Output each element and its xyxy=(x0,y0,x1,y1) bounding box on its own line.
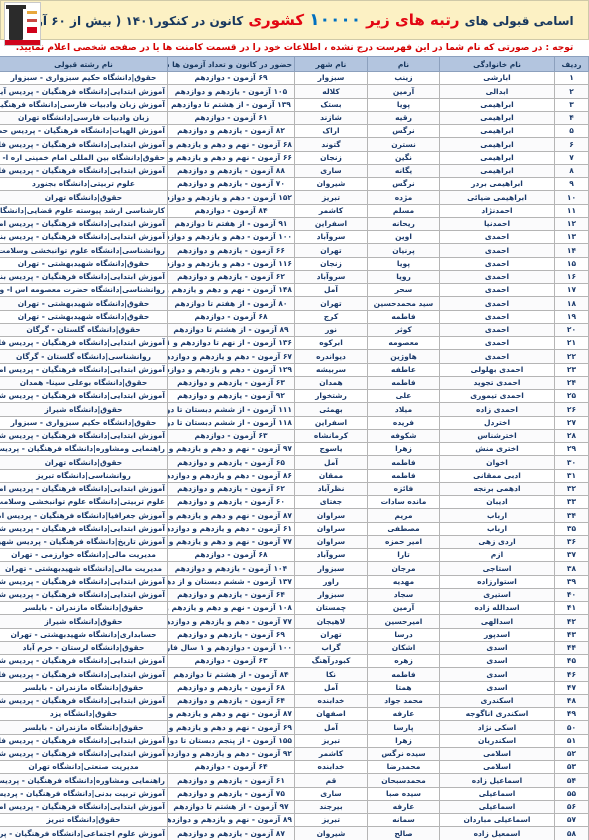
table-row: ۵۵اسماعیلیسیده صباساری۷۵ آزمون - یازدهم … xyxy=(0,787,589,800)
exams-attendance: ۹۷ آزمون - از هشتم تا دوازدهم xyxy=(168,800,295,813)
accepted-field: آموزش ابتدایی|دانشگاه فرهنگیان - پردیس ش… xyxy=(0,575,168,588)
family-name: اختری منش xyxy=(440,443,555,456)
accepted-field: حقوق|دانشگاه شیراز xyxy=(0,615,168,628)
exams-attendance: ۸۹ آزمون - از هشتم تا دوازدهم xyxy=(168,323,295,336)
city: تبریز xyxy=(295,191,368,204)
table-row: ۲۳احمدی بهلولیعاطفهسربیشه۱۲۹ آزمون - دهم… xyxy=(0,363,589,376)
row-number: ۱ xyxy=(555,72,589,85)
table-row: ۴۳اسدپوردرساتهران۶۹ آزمون - یازدهم و دوا… xyxy=(0,628,589,641)
first-name: محمد جواد xyxy=(368,694,440,707)
family-name: اسدی xyxy=(440,655,555,668)
city: همدان xyxy=(295,376,368,389)
table-row: ۱۰ابراهیمی ضیائیمژدهتبریز۱۵۲ آزمون - دهم… xyxy=(0,191,589,204)
family-name: ارباب xyxy=(440,522,555,535)
table-row: ۱۳احمدیاوینسروآباد۱۰۰ آزمون - دهم و یازد… xyxy=(0,231,589,244)
row-number: ۱۹ xyxy=(555,310,589,323)
family-name: احمدی زاده xyxy=(440,403,555,416)
first-name: سیده نرگس xyxy=(368,747,440,760)
first-name: ریحانه xyxy=(368,217,440,230)
exams-attendance: ۶۳ آزمون - دوازدهم xyxy=(168,655,295,668)
table-row: ۳۷ازمتاراسروآباد۶۸ آزمون - دوازدهممدیریت… xyxy=(0,549,589,562)
first-name: فاطمه xyxy=(368,469,440,482)
exams-attendance: ۶۹ آزمون - نهم و دهم و یازدهم و دوازدهم xyxy=(168,721,295,734)
city: سروآباد xyxy=(295,231,368,244)
row-number: ۳ xyxy=(555,98,589,111)
accepted-field: حقوق|دانشگاه شهیدبهشتی - تهران xyxy=(0,310,168,323)
first-name: مسلم xyxy=(368,204,440,217)
row-number: ۳۵ xyxy=(555,522,589,535)
row-number: ۵ xyxy=(555,125,589,138)
row-number: ۱۰ xyxy=(555,191,589,204)
first-name: زینب xyxy=(368,72,440,85)
first-name: میلاد xyxy=(368,403,440,416)
accepted-field: آموزش ابتدایی|دانشگاه فرهنگیان - پردیس ا… xyxy=(0,800,168,813)
accepted-field: حقوق|دانشگاه شهیدبهشتی - تهران xyxy=(0,257,168,270)
family-name: ابراهیمی ضیائی xyxy=(440,191,555,204)
first-name: هاوژین xyxy=(368,350,440,363)
first-name: امیرحسین xyxy=(368,615,440,628)
row-number: ۲۶ xyxy=(555,403,589,416)
exams-attendance: ۱۳۷ آزمون - ششم دبستان و از دهم تا دوازد… xyxy=(168,575,295,588)
table-row: ۱۹احمدیفاطمهکرج۶۸ آزمون - دوازدهمحقوق|دا… xyxy=(0,310,589,323)
family-name: اسکندری xyxy=(440,694,555,707)
family-name: ادیبان xyxy=(440,496,555,509)
row-number: ۱۲ xyxy=(555,217,589,230)
family-name: ابراهیمی بردر xyxy=(440,178,555,191)
table-row: ۳۶اردی زهیامیر حمزهسراوان۷۷ آزمون - نهم … xyxy=(0,535,589,548)
city: شیروان xyxy=(295,178,368,191)
city: آمل xyxy=(295,284,368,297)
logo-mark xyxy=(27,11,37,14)
family-name: اسدالهی xyxy=(440,615,555,628)
exams-attendance: ۶۱ آزمون - دهم و یازدهم و دوازدهم xyxy=(168,522,295,535)
table-row: ۳۲ادهمی برنجهفائزهنظرآباد۶۲ آزمون - یازد… xyxy=(0,482,589,495)
accepted-field: آموزش ابتدایی|دانشگاه فرهنگیان - پردیس آ… xyxy=(0,85,168,98)
row-number: ۵۷ xyxy=(555,814,589,827)
exams-attendance: ۶۸ آزمون - نهم و دهم و یازدهم و دوازدهم xyxy=(168,138,295,151)
column-header-family-name: نام خانوادگی xyxy=(440,57,555,72)
accepted-field: حقوق|دانشگاه یزد xyxy=(0,708,168,721)
family-name: اسماعیلی xyxy=(440,800,555,813)
row-number: ۲۰ xyxy=(555,323,589,336)
table-row: ۴۷اسدیهمتاآمل۶۸ آزمون - یازدهم و دوازدهم… xyxy=(0,681,589,694)
first-name: آرمین xyxy=(368,602,440,615)
table-row: ۹ابراهیمی بردرنرگسشیروان۷۰ آزمون - یازده… xyxy=(0,178,589,191)
first-name: عارفه xyxy=(368,708,440,721)
exams-attendance: ۸۷ آزمون - نهم و دهم و یازدهم و دوازدهم xyxy=(168,509,295,522)
city: آمل xyxy=(295,456,368,469)
first-name: مژده xyxy=(368,191,440,204)
table-row: ۴ابراهیمیرقیهشازند۶۱ آزمون - دوازدهمزبان… xyxy=(0,111,589,124)
city: گتوند xyxy=(295,138,368,151)
row-number: ۳۸ xyxy=(555,562,589,575)
row-number: ۱۸ xyxy=(555,297,589,310)
family-name: استیری xyxy=(440,588,555,601)
table-row: ۴۴اسدیاشکانگراب۱۰۰ آزمون - دوازدهم و ۱ س… xyxy=(0,641,589,654)
table-row: ۵۷اسماعیلی مباردانسمانهتبریز۸۹ آزمون - ن… xyxy=(0,814,589,827)
city: بیرجند xyxy=(295,800,368,813)
row-number: ۳۹ xyxy=(555,575,589,588)
first-name: نگین xyxy=(368,151,440,164)
exams-attendance: ۸۸ آزمون - یازدهم و دوازدهم xyxy=(168,164,295,177)
first-name: همتا xyxy=(368,681,440,694)
table-row: ۲۶احمدی زادهمیلادبهمئی۱۱۱ آزمون - از ششم… xyxy=(0,403,589,416)
accepted-field: روانشناسی|دانشگاه گلستان - گرگان xyxy=(0,350,168,363)
first-name: نسترن xyxy=(368,138,440,151)
exams-attendance: ۱۰۴ آزمون - یازدهم و دوازدهم xyxy=(168,562,295,575)
exams-attendance: ۶۲ آزمون - یازدهم و دوازدهم xyxy=(168,270,295,283)
family-name: ابراهیمی xyxy=(440,125,555,138)
accepted-field: حقوق|دانشگاه تهران xyxy=(0,456,168,469)
exams-attendance: ۹۲ آزمون - یازدهم و دوازدهم xyxy=(168,390,295,403)
table-row: ۲۹اختری منشزهرایاسوج۹۷ آزمون - نهم و دهم… xyxy=(0,443,589,456)
row-number: ۲۲ xyxy=(555,350,589,363)
table-row: ۶ابراهیمینسترنگتوند۶۸ آزمون - نهم و دهم … xyxy=(0,138,589,151)
accepted-field: آموزش ابتدایی|دانشگاه فرهنگیان - پردیس ف… xyxy=(0,337,168,350)
city: شازند xyxy=(295,111,368,124)
row-number: ۴۱ xyxy=(555,602,589,615)
family-name: ادهمی برنجه xyxy=(440,482,555,495)
first-name: پویا xyxy=(368,98,440,111)
family-name: ابدالی xyxy=(440,85,555,98)
first-name: رقیه xyxy=(368,111,440,124)
exams-attendance: ۹۱ آزمون - از هفتم تا دوازدهم xyxy=(168,217,295,230)
accepted-field: روانشناسی|دانشگاه حضرت معصومه اس ا- ویژه… xyxy=(0,284,168,297)
accepted-field: روانشناسی|دانشگاه تبریز xyxy=(0,469,168,482)
accepted-field: آموزش ابتدایی|دانشگاه فرهنگیان - پردیس ش… xyxy=(0,747,168,760)
first-name: محمدرضا xyxy=(368,761,440,774)
first-name: مریم xyxy=(368,509,440,522)
results-table-body: ۱ابارشیزینبسبزوار۶۹ آزمون - دوازدهمحقوق|… xyxy=(0,72,589,840)
first-name: علی xyxy=(368,390,440,403)
exams-attendance: ۶۷ آزمون - دهم و یازدهم و دوازدهم xyxy=(168,350,295,363)
family-name: اسکندری اناگوجه xyxy=(440,708,555,721)
family-name: اخوان xyxy=(440,456,555,469)
column-header-city: نام شهر xyxy=(295,57,368,72)
first-name: آرمین xyxy=(368,85,440,98)
first-name: مانده سادات xyxy=(368,496,440,509)
first-name: معصومه xyxy=(368,337,440,350)
first-name: پارسا xyxy=(368,721,440,734)
exams-attendance: ۱۰۰ آزمون - دهم و یازدهم و دوازدهم xyxy=(168,231,295,244)
row-number: ۱۵ xyxy=(555,257,589,270)
accepted-field: علوم تربیتی|دانشگاه بجنورد xyxy=(0,178,168,191)
city: تبریز xyxy=(295,814,368,827)
family-name: احمدی xyxy=(440,310,555,323)
table-row: ۵۸اسمعیل زادهصالحشیروان۸۷ آزمون - یازدهم… xyxy=(0,827,589,840)
family-name: اخترشناس xyxy=(440,429,555,442)
column-header-row-number: ردیف xyxy=(555,57,589,72)
row-number: ۳۷ xyxy=(555,549,589,562)
family-name: احمدی تجوید xyxy=(440,376,555,389)
family-name: اسماعیل زاده xyxy=(440,774,555,787)
first-name: زهرا xyxy=(368,443,440,456)
row-number: ۳۱ xyxy=(555,469,589,482)
city: ابرکوه xyxy=(295,337,368,350)
city: ساری xyxy=(295,787,368,800)
row-number: ۵۸ xyxy=(555,827,589,840)
row-number: ۴۳ xyxy=(555,628,589,641)
exams-attendance: ۱۵۵ آزمون - از پنجم دبستان تا دوازدهم xyxy=(168,734,295,747)
first-name: پویا xyxy=(368,257,440,270)
city: اسفراین xyxy=(295,416,368,429)
family-name: اسکی نژاد xyxy=(440,721,555,734)
accepted-field: حقوق|دانشگاه تهران xyxy=(0,191,168,204)
row-number: ۵۶ xyxy=(555,800,589,813)
city: دیواندره xyxy=(295,350,368,363)
family-name: اسلامی xyxy=(440,761,555,774)
first-name: اوین xyxy=(368,231,440,244)
table-row: ۳۵اربابمصطفیسراوان۶۱ آزمون - دهم و یازده… xyxy=(0,522,589,535)
accepted-field: آموزش جغرافیا|دانشگاه فرهنگیان - پردیس ا… xyxy=(0,509,168,522)
exams-attendance: ۶۴ آزمون - یازدهم و دوازدهم xyxy=(168,588,295,601)
row-number: ۳۰ xyxy=(555,456,589,469)
first-name: زهرا xyxy=(368,734,440,747)
row-number: ۱۷ xyxy=(555,284,589,297)
exams-attendance: ۷۰ آزمون - یازدهم و دوازدهم xyxy=(168,178,295,191)
first-name: اشکان xyxy=(368,641,440,654)
first-name: تارا xyxy=(368,549,440,562)
exams-attendance: ۶۰ آزمون - یازدهم و دوازدهم xyxy=(168,496,295,509)
city: سراوان xyxy=(295,535,368,548)
exams-attendance: ۸۲ آزمون - یازدهم و دوازدهم xyxy=(168,125,295,138)
table-row: ۴۱اسدالله زادهآرمینچمستان۱۰۸ آزمون - نهم… xyxy=(0,602,589,615)
family-name: اسمعیل زاده xyxy=(440,827,555,840)
first-name: سمانه xyxy=(368,814,440,827)
table-row: ۳۳ادیبانمانده ساداتجغتای۶۰ آزمون - یازده… xyxy=(0,496,589,509)
table-row: ۴۰استیریسجادسبزوار۶۴ آزمون - یازدهم و دو… xyxy=(0,588,589,601)
first-name: فاطمه xyxy=(368,310,440,323)
city: نظرآباد xyxy=(295,482,368,495)
accepted-field: آموزش تربیت بدنی|دانشگاه فرهنگیان - پردی… xyxy=(0,787,168,800)
first-name: فاطمه xyxy=(368,456,440,469)
city: رشتخوار xyxy=(295,390,368,403)
accepted-field: حقوق|دانشگاه مازندران - بابلسر xyxy=(0,602,168,615)
row-number: ۷ xyxy=(555,151,589,164)
city: کرمانشاه xyxy=(295,429,368,442)
row-number: ۱۱ xyxy=(555,204,589,217)
city: یاسوج xyxy=(295,443,368,456)
city: ساری xyxy=(295,164,368,177)
family-name: اسدی xyxy=(440,641,555,654)
exams-attendance: ۶۸ آزمون - یازدهم و دوازدهم xyxy=(168,681,295,694)
row-number: ۵۵ xyxy=(555,787,589,800)
city: سربیشه xyxy=(295,363,368,376)
row-number: ۴ xyxy=(555,111,589,124)
exams-attendance: ۶۱ آزمون - یازدهم و دوازدهم xyxy=(168,774,295,787)
city: کبودرآهنگ xyxy=(295,655,368,668)
city: آمل xyxy=(295,721,368,734)
row-number: ۳۳ xyxy=(555,496,589,509)
exams-attendance: ۱۱۸ آزمون - از ششم دبستان تا دوازدهم xyxy=(168,416,295,429)
exams-attendance: ۱۰۵ آزمون - یازدهم و دوازدهم xyxy=(168,85,295,98)
family-name: احمدی بهلولی xyxy=(440,363,555,376)
city: زنجان xyxy=(295,257,368,270)
exams-attendance: ۸۴ آزمون - از هشتم تا دوازدهم xyxy=(168,668,295,681)
column-header-first-name: نام xyxy=(368,57,440,72)
title-banner: اسامی قبولی های رتبه های زیر ۱۰۰۰۰ کشوری… xyxy=(0,0,589,40)
exams-attendance: ۱۵۲ آزمون - دهم و یازدهم و دوازدهم xyxy=(168,191,295,204)
first-name: سیده صبا xyxy=(368,787,440,800)
first-name: عارفه xyxy=(368,800,440,813)
family-name: احمدی xyxy=(440,297,555,310)
family-name: اسکندریان xyxy=(440,734,555,747)
family-name: اسلامی xyxy=(440,747,555,760)
logo-mark xyxy=(27,27,37,33)
first-name: کوثر xyxy=(368,323,440,336)
first-name: عاطفه xyxy=(368,363,440,376)
accepted-field: زبان وادبیات فارسی|دانشگاه تهران xyxy=(0,111,168,124)
table-row: ۵۰اسکی نژادپارساآمل۶۹ آزمون - نهم و دهم … xyxy=(0,721,589,734)
column-header-exams-attendance: حضور در کانون و تعداد آزمون ها در مجموع … xyxy=(168,57,295,72)
logo-mark xyxy=(27,19,37,22)
city: سروآباد xyxy=(295,270,368,283)
first-name: مصطفی xyxy=(368,522,440,535)
family-name: احمدی xyxy=(440,350,555,363)
family-name: اسدی xyxy=(440,681,555,694)
table-row: ۲۴احمدی تجویدفاطمههمدان۶۳ آزمون - یازدهم… xyxy=(0,376,589,389)
first-name: رویا xyxy=(368,270,440,283)
city: خدابنده xyxy=(295,761,368,774)
family-name: ابراهیمی xyxy=(440,138,555,151)
family-name: احمدی تیموری xyxy=(440,390,555,403)
row-number: ۲ xyxy=(555,85,589,98)
city: شیروان xyxy=(295,827,368,840)
table-row: ۱۱احمدنژادمسلمکاشمر۸۴ آزمون - دوازدهمکار… xyxy=(0,204,589,217)
first-name: سحر xyxy=(368,284,440,297)
accepted-field: حقوق|دانشگاه شهیدبهشتی - تهران xyxy=(0,297,168,310)
exams-attendance: ۶۴ آزمون - یازدهم و دوازدهم xyxy=(168,694,295,707)
accepted-field: حقوق|دانشگاه مازندران - بابلسر xyxy=(0,681,168,694)
exams-attendance: ۸۷ آزمون - یازدهم و دوازدهم xyxy=(168,827,295,840)
exams-attendance: ۸۹ آزمون - نهم و یازدهم و دوازدهم xyxy=(168,814,295,827)
city: گراب xyxy=(295,641,368,654)
exams-attendance: ۶۴ آزمون - دوازدهم xyxy=(168,761,295,774)
table-row: ۲۲احمدیهاوژیندیواندره۶۷ آزمون - دهم و یا… xyxy=(0,350,589,363)
row-number: ۴۵ xyxy=(555,655,589,668)
row-number: ۲۳ xyxy=(555,363,589,376)
table-row: ۱۷احمدیسحرآمل۱۴۸ آزمون - نهم و دهم و یاز… xyxy=(0,284,589,297)
city: تهران xyxy=(295,628,368,641)
row-number: ۳۴ xyxy=(555,509,589,522)
kanoon-logo xyxy=(4,2,41,46)
exams-attendance: ۶۳ آزمون - دوازدهم xyxy=(168,429,295,442)
table-row: ۲۱احمدیمعصومهابرکوه۱۳۶ آزمون - از نهم تا… xyxy=(0,337,589,350)
exams-attendance: ۱۰۸ آزمون - نهم و دهم و یازدهم و دوازدهم xyxy=(168,602,295,615)
exams-attendance: ۶۹ آزمون - یازدهم و دوازدهم xyxy=(168,628,295,641)
table-row: ۴۶اسدیفاطمهنکا۸۴ آزمون - از هشتم تا دواز… xyxy=(0,668,589,681)
city: کاشمر xyxy=(295,747,368,760)
accepted-field: حقوق|دانشگاه گلستان - گرگان xyxy=(0,323,168,336)
exams-attendance: ۶۸ آزمون - دوازدهم xyxy=(168,310,295,323)
family-name: اسدالله زاده xyxy=(440,602,555,615)
accepted-field: آموزش ابتدایی|دانشگاه فرهنگیان - پردیس ش… xyxy=(0,694,168,707)
table-row: ۲۷اختردلفریدهاسفراین۱۱۸ آزمون - از ششم د… xyxy=(0,416,589,429)
exams-attendance: ۷۷ آزمون - دهم و یازدهم و دوازدهم xyxy=(168,615,295,628)
table-row: ۵۲اسلامیسیده نرگسکاشمر۹۲ آزمون - دهم و ی… xyxy=(0,747,589,760)
title-segment: اسامی قبولی های xyxy=(465,14,574,28)
family-name: اسدی xyxy=(440,668,555,681)
city: سبزوار xyxy=(295,588,368,601)
first-name: صالح xyxy=(368,827,440,840)
first-name: فریده xyxy=(368,416,440,429)
exams-attendance: ۹۲ آزمون - دهم و یازدهم و دوازدهم xyxy=(168,747,295,760)
table-row: ۵۳اسلامیمحمدرضاخدابنده۶۴ آزمون - دوازدهم… xyxy=(0,761,589,774)
accepted-field: آموزش ابتدایی|دانشگاه فرهنگیان - پردیس ا… xyxy=(0,482,168,495)
first-name: شکوفه xyxy=(368,429,440,442)
row-number: ۳۶ xyxy=(555,535,589,548)
accepted-field: حقوق|دانشگاه بین المللی امام خمینی اره ا… xyxy=(0,151,168,164)
table-row: ۲۸اخترشناسشکوفهکرمانشاه۶۳ آزمون - دوازده… xyxy=(0,429,589,442)
first-name: نرگس xyxy=(368,125,440,138)
family-name: احمدی xyxy=(440,231,555,244)
row-number: ۲۷ xyxy=(555,416,589,429)
first-name: مهدیه xyxy=(368,575,440,588)
city: ممقان xyxy=(295,469,368,482)
table-row: ۳۰اخوانفاطمهآمل۶۵ آزمون - یازدهم و دوازد… xyxy=(0,456,589,469)
notice-text: توجه : در صورتی که نام شما در این فهرست … xyxy=(16,43,573,53)
city: سبزوار xyxy=(295,562,368,575)
family-name: ابراهیمی xyxy=(440,98,555,111)
row-number: ۵۴ xyxy=(555,774,589,787)
exams-attendance: ۶۹ آزمون - دوازدهم xyxy=(168,72,295,85)
table-row: ۱۲احمدنیاریحانهاسفراین۹۱ آزمون - از هفتم… xyxy=(0,217,589,230)
table-row: ۳۱ادبی ممقانیفاطمهممقان۸۶ آزمون - دهم و … xyxy=(0,469,589,482)
table-row: ۱۴احمدیپرنیانتهران۶۶ آزمون - یازدهم و دو… xyxy=(0,244,589,257)
first-name: فاطمه xyxy=(368,668,440,681)
logo-figure xyxy=(9,6,23,40)
city: تهران xyxy=(295,244,368,257)
accepted-field: مدیریت مالی|دانشگاه خوارزمی - تهران xyxy=(0,549,168,562)
family-name: ابراهیمی xyxy=(440,164,555,177)
accepted-field: آموزش ابتدایی|دانشگاه فرهنگیان - پردیس ش… xyxy=(0,390,168,403)
family-name: اردی زهی xyxy=(440,535,555,548)
exams-attendance: ۱۳۹ آزمون - از هشتم تا دوازدهم xyxy=(168,98,295,111)
city: جغتای xyxy=(295,496,368,509)
table-row: ۵۱اسکندریانزهراتبریز۱۵۵ آزمون - از پنجم … xyxy=(0,734,589,747)
first-name: مرجان xyxy=(368,562,440,575)
table-row: ۱۵احمدیپویازنجان۱۱۶ آزمون - دهم و یازدهم… xyxy=(0,257,589,270)
accepted-field: آموزش تاریخ|دانشگاه فرهنگیان - پردیس شهی… xyxy=(0,535,168,548)
results-table-header: ردیف نام خانوادگی نام نام شهر حضور در کا… xyxy=(0,57,589,72)
row-number: ۴۰ xyxy=(555,588,589,601)
accepted-field: آموزش ابتدایی|دانشگاه فرهنگیان - پردیس ش… xyxy=(0,522,168,535)
accepted-field: آموزش زبان وادبیات فارسی|دانشگاه فرهنگیا… xyxy=(0,98,168,111)
city: نکا xyxy=(295,668,368,681)
accepted-field: حقوق|دانشگاه بوعلی سینا- همدان xyxy=(0,376,168,389)
row-number: ۸ xyxy=(555,164,589,177)
row-number: ۲۸ xyxy=(555,429,589,442)
city: کاشمر xyxy=(295,204,368,217)
exams-attendance: ۸۶ آزمون - دهم و یازدهم و دوازدهم xyxy=(168,469,295,482)
title-segment: رتبه های زیر xyxy=(366,11,459,29)
accepted-field: آموزش ابتدایی|دانشگاه فرهنگیان - پردیس ب… xyxy=(0,270,168,283)
accepted-field: حسابداری|دانشگاه شهیدبهشتی - تهران xyxy=(0,628,168,641)
page-title: اسامی قبولی های رتبه های زیر ۱۰۰۰۰ کشوری… xyxy=(5,10,583,30)
table-row: ۷ابراهیمینگینزنجان۶۶ آزمون - نهم و دهم و… xyxy=(0,151,589,164)
family-name: احمدی xyxy=(440,337,555,350)
table-row: ۴۹اسکندری اناگوجهعارفهاصفهان۸۷ آزمون - ن… xyxy=(0,708,589,721)
exams-attendance: ۶۸ آزمون - دوازدهم xyxy=(168,549,295,562)
table-row: ۱۶احمدیرویاسروآباد۶۲ آزمون - یازدهم و دو… xyxy=(0,270,589,283)
table-row: ۵ابراهیمینرگساراک۸۲ آزمون - یازدهم و دوا… xyxy=(0,125,589,138)
city: کلاله xyxy=(295,85,368,98)
row-number: ۶ xyxy=(555,138,589,151)
city: اراک xyxy=(295,125,368,138)
accepted-field: راهنمایی ومشاوره|دانشگاه فرهنگیان - پردی… xyxy=(0,443,168,456)
table-row: ۳۹استوارزادهمهدیهراور۱۳۷ آزمون - ششم دبس… xyxy=(0,575,589,588)
accepted-field: کارشناسی ارشد پیوسته علوم قضایی|دانشگاه … xyxy=(0,204,168,217)
